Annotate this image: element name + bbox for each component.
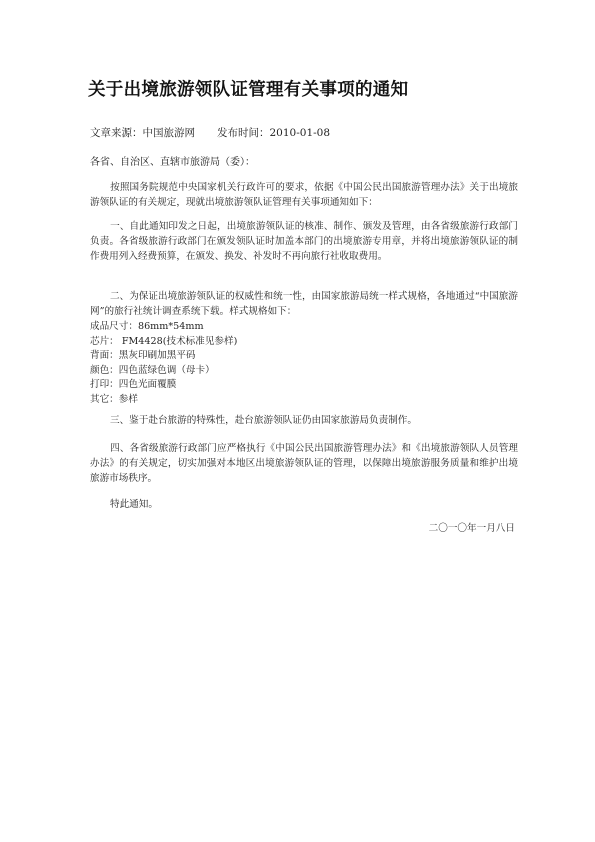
intro-text: 按照国务院规范中央国家机关行政许可的要求，依据《中国公民出国旅游管理办法》关于出… <box>90 182 518 208</box>
article-source: 文章来源：中国旅游网 <box>90 127 195 139</box>
publish-time: 发布时间：2010-01-08 <box>217 127 330 139</box>
salutation: 各省、自治区、直辖市旅游局（委）： <box>90 153 255 168</box>
item-2-text: 二、为保证出境旅游领队证的权威性和统一性，由国家旅游局统一样式规格，各地通过“中… <box>90 291 518 317</box>
item-1-text: 一、自此通知印发之日起，出境旅游领队证的核准、制作、颁发及管理，由各省级旅游行政… <box>90 221 518 262</box>
item-4-text: 四、各省级旅游行政部门应严格执行《中国公民出国旅游管理办法》和《出境旅游领队人员… <box>90 443 518 484</box>
document-meta: 文章来源：中国旅游网发布时间：2010-01-08 <box>90 125 330 140</box>
spec-size: 成品尺寸：86mm*54mm <box>90 320 237 335</box>
spec-list: 成品尺寸：86mm*54mm 芯片： FM4428(技术标准见参样) 背面：黑灰… <box>90 320 237 407</box>
document-title: 关于出境旅游领队证管理有关事项的通知 <box>88 76 408 101</box>
spec-other: 其它：参样 <box>90 393 237 408</box>
item-2-paragraph: 二、为保证出境旅游领队证的权威性和统一性，由国家旅游局统一样式规格，各地通过“中… <box>90 289 518 319</box>
closing-paragraph: 特此通知。 <box>90 497 518 512</box>
item-3-paragraph: 三、鉴于赴台旅游的特殊性，赴台旅游领队证仍由国家旅游局负责制作。 <box>90 413 518 428</box>
item-4-paragraph: 四、各省级旅游行政部门应严格执行《中国公民出国旅游管理办法》和《出境旅游领队人员… <box>90 441 518 486</box>
intro-paragraph: 按照国务院规范中央国家机关行政许可的要求，依据《中国公民出国旅游管理办法》关于出… <box>90 180 518 210</box>
item-1-paragraph: 一、自此通知印发之日起，出境旅游领队证的核准、制作、颁发及管理，由各省级旅游行政… <box>90 219 518 264</box>
spec-color: 颜色：四色蓝绿色调（母卡） <box>90 364 237 379</box>
spec-back: 背面：黑灰印刷加黑平码 <box>90 349 237 364</box>
item-3-text: 三、鉴于赴台旅游的特殊性，赴台旅游领队证仍由国家旅游局负责制作。 <box>110 415 417 426</box>
spec-chip: 芯片： FM4428(技术标准见参样) <box>90 335 237 350</box>
document-date: 二〇一〇年一月八日 <box>429 520 515 534</box>
closing-text: 特此通知。 <box>110 499 158 510</box>
spec-print: 打印：四色光面覆膜 <box>90 378 237 393</box>
